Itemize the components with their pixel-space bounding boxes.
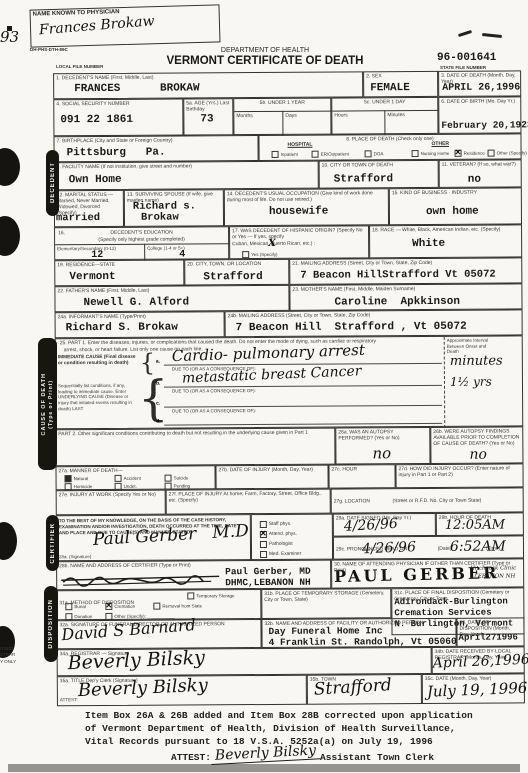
- checkbox-icon: [165, 483, 172, 490]
- field-residence-city: 20. CITY, TOWN, OR LOCATION Strafford: [184, 259, 289, 286]
- field-temporary-storage-place: 31b. PLACE OF TEMPORARY STORAGE (Cemeter…: [261, 588, 391, 619]
- signature-label: 28a. (Signature): [59, 554, 91, 559]
- field-method-of-disposition: 31a. METHOD OF DISPOSITION Temporary Sto…: [56, 589, 261, 620]
- field-label: 6. DATE OF BIRTH (Mo. Day Yr.): [439, 97, 520, 105]
- field-number: 16.: [56, 229, 67, 237]
- field-label: 19. RESIDENCE—STATE: [55, 260, 183, 269]
- field-label: 23. MOTHER'S NAME (First, Middle, Maiden…: [290, 284, 521, 293]
- field-decedent-name: 1. DECEDENT'S NAME (First, Middle, Last)…: [53, 71, 363, 99]
- field-hour-of-injury: 27c. HOUR: [328, 464, 395, 488]
- field-how-injury-occurred: 27d. HOW DID INJURY OCCUR? (Enter nature…: [395, 463, 523, 488]
- field-value: Strafford: [334, 173, 393, 185]
- checkbox-icon: [115, 483, 122, 490]
- field-informant-address: 24b. MAILING ADDRESS (Street, City or To…: [225, 309, 523, 337]
- checkbox-attend-phys: Attend. phys.: [260, 531, 297, 538]
- crossed-out-signature-scribble: [61, 569, 221, 588]
- field-label: 15. KIND OF BUSINESS · INDUSTRY: [390, 188, 521, 197]
- death-certificate-scan: 93 GNED STRAR Y ONLY NAME KNOWN TO PHYSI…: [0, 0, 528, 773]
- checkbox-staff-phys: Staff phys.: [260, 521, 292, 528]
- tab-cause-of-death: CAUSE OF DEATH (Type or Print): [38, 338, 57, 470]
- field-label: 5a. AGE (Yrs.) Last Birthday: [184, 99, 232, 113]
- field-value: White: [412, 238, 445, 250]
- checkbox-doa: DOA: [365, 150, 384, 157]
- field-mother-name: 23. MOTHER'S NAME (First, Middle, Maiden…: [289, 283, 522, 310]
- field-value: FEMALE: [370, 82, 410, 94]
- checkbox-icon: [312, 151, 319, 158]
- field-under-1-year: 5b. UNDER 1 YEAR Months Days: [233, 98, 331, 136]
- checkmark-icon: [455, 150, 462, 157]
- hospital-heading: HOSPITAL: [288, 142, 313, 148]
- field-surviving-spouse: 13. SURVIVING SPOUSE (If wife, give maid…: [124, 189, 224, 227]
- attest-label: ATTEST:: [60, 697, 78, 702]
- field-veteran: 11. VETERAN? (If so, what war?) no: [439, 159, 522, 188]
- line-c-letter: c.: [156, 401, 160, 407]
- interval-b-value: 1½ yrs: [450, 375, 492, 389]
- line-b-letter: b.: [156, 381, 160, 387]
- hours-cell: Hours: [332, 110, 385, 135]
- field-value: Caroline Apkkinson: [334, 296, 459, 309]
- field-label: 21. MAILING ADDRESS (Street, City or Tow…: [290, 258, 521, 267]
- checkbox-icon: [412, 150, 419, 157]
- amendment-attest-label: ATTEST:: [171, 752, 211, 763]
- checkbox-pathologist: Pathologist: [260, 541, 293, 548]
- checkbox-icon: [153, 603, 160, 610]
- field-label: 5b. UNDER 1 YEAR: [234, 99, 330, 108]
- certifier-typed-name: Paul Gerber, MD: [225, 566, 311, 578]
- field-label: 26a. WAS AN AUTOPSY PERFORMED? (Yes or N…: [336, 428, 429, 443]
- field-value: 73: [200, 113, 213, 125]
- field-business-industry: 15. KIND OF BUSINESS · INDUSTRY own home: [389, 187, 522, 225]
- checkbox-cremation: Cremation: [105, 603, 135, 610]
- field-value: married: [56, 212, 100, 224]
- field-value: Strafford: [313, 675, 392, 700]
- field-date-of-injury: 27b. DATE OF INJURY (Month, Day, Year): [215, 465, 328, 490]
- other-heading: OTHER: [432, 141, 450, 147]
- field-label: 20. CITY, TOWN, OR LOCATION: [185, 260, 288, 269]
- checkbox-inpatient: Inpatient: [272, 151, 298, 158]
- tab-decedent: DECEDENT: [46, 150, 59, 216]
- field-funeral-facility: 32b. NAME AND ADDRESS OF FACILITY OR AUT…: [261, 618, 456, 648]
- field-value: April 26,1996: [432, 652, 528, 672]
- attending-note-line2: LEBANON NH: [474, 573, 515, 579]
- registrar-signature: Beverly Bilsky: [67, 647, 205, 675]
- checkmark-icon: [105, 603, 112, 610]
- field-label: 1. DECEDENT'S NAME (First, Middle, Last): [54, 72, 362, 82]
- date-sublabel: (Date): [414, 545, 454, 553]
- checkbox-icon: [65, 603, 72, 610]
- field-race: 18. RACE — White, Black, American Indian…: [369, 224, 522, 258]
- field-label: 14. DECEDENT'S USUAL OCCUPATION (Give ki…: [225, 189, 388, 204]
- field-label: 26b. WERE AUTOPSY FINDINGS AVAILABLE PRI…: [431, 427, 522, 448]
- field-value: 7 Beacon HillStrafford Vt 05072: [300, 269, 495, 282]
- field-date-signed: 29a. DATE SIGNED (Mo. Day Yr.) 4/26/96: [333, 513, 436, 537]
- checkmark-icon: [260, 531, 267, 538]
- interval-a-value: minutes: [450, 354, 503, 369]
- checkbox-yes-specify: Yes (Specify): [242, 251, 277, 258]
- field-place-of-injury: 27f. PLACE OF INJURY At home, Farm, Fact…: [166, 489, 331, 515]
- checkbox-burial: Burial: [65, 603, 86, 610]
- no-x-mark: X: [268, 238, 276, 249]
- months-cell: Months: [234, 111, 283, 136]
- field-value: July 19, 1996: [427, 679, 528, 701]
- field-attest-town: 35b. TOWN Strafford: [307, 674, 422, 705]
- field-injury-at-work: 27e. INJURY AT WORK (Specify Yes or No): [56, 490, 166, 516]
- field-label: 4. SOCIAL SECURITY NUMBER: [54, 99, 182, 108]
- checkbox-icon: [187, 592, 194, 599]
- field-value: Strafford: [203, 271, 262, 283]
- field-label: 5c. UNDER 1 DAY: [332, 98, 437, 107]
- field-sublabel: (Street or R.F.D. No. City or Town State…: [376, 497, 483, 506]
- checkbox-icon: [242, 251, 249, 258]
- field-injury-location: 27g. LOCATION (Street or R.F.D. No. City…: [331, 487, 524, 513]
- certifier-typed-address: DHMC,LEBANON NH: [225, 577, 311, 589]
- tab-certifier: CERTIFIER: [46, 515, 59, 571]
- field-value: April271996: [459, 632, 518, 642]
- field-mailing-address: 21. MAILING ADDRESS (Street, City or Tow…: [289, 257, 522, 284]
- field-residence-state: 19. RESIDENCE—STATE Vermont: [54, 259, 184, 286]
- field-label: 17. WAS DECEDENT OF HISPANIC ORIGIN? (Sp…: [230, 226, 368, 241]
- field-label: PART 2. Other significant conditions con…: [56, 429, 334, 439]
- field-father-name: 22. FATHER'S NAME (First, Middle, Last) …: [54, 285, 289, 312]
- field-value: Cremation Services: [394, 608, 491, 619]
- field-certifier-name-address: 28b. NAME AND ADDRESS OF CERTIFIER (Type…: [56, 560, 331, 591]
- field-value: Own Home: [69, 174, 122, 186]
- field-occupation: 14. DECEDENT'S USUAL OCCUPATION (Give ki…: [224, 188, 389, 226]
- checkbox-residence: Residence: [455, 150, 485, 157]
- checkbox-temporary-storage: Temporary Storage: [187, 592, 234, 599]
- field-autopsy-findings: 26b. WERE AUTOPSY FINDINGS AVAILABLE PRI…: [430, 426, 523, 464]
- field-value: 7 Beacon Hill Strafford , Vt 05072: [236, 321, 467, 334]
- checkbox-removal-from-state: Removal from State: [153, 602, 202, 609]
- field-value: 4/26/96: [343, 516, 398, 535]
- field-label: 22. FATHER'S NAME (First, Middle, Last): [55, 286, 288, 295]
- field-pronounced-dead: 29c. PRONOUNCED DEAD ON (Date) (Time) 4/…: [333, 535, 524, 559]
- field-value: no: [372, 444, 391, 462]
- interval-label: Approximate Interval Between Onset and D…: [447, 337, 522, 354]
- field-value: 091 22 1861: [60, 114, 133, 126]
- field-city-of-death: 10. CITY OR TOWN OF DEATH Strafford: [319, 160, 439, 189]
- amendment-attest-row: ATTEST: Beverly Bilsky Assistant Town Cl…: [171, 748, 473, 765]
- field-date-of-death: 3. DATE OF DEATH (Month, Day, Year) APRI…: [438, 70, 521, 97]
- field-label: 18. RACE — White, Black, American Indian…: [370, 225, 521, 234]
- field-sex: 2. SEX FEMALE: [363, 71, 438, 97]
- field-attest-title: 35a. TITLE Dep'y Clerk (Signature) ATTES…: [57, 675, 307, 707]
- field-value: no: [469, 447, 487, 463]
- field-value: Brokaw: [141, 212, 179, 224]
- field-label: 31b. PLACE OF TEMPORARY STORAGE (Cemeter…: [262, 589, 390, 604]
- line-a-letter: a.: [156, 359, 160, 365]
- form-grid: 1. DECEDENT'S NAME (First, Middle, Last)…: [0, 0, 528, 773]
- field-date-of-birth: 6. DATE OF BIRTH (Mo. Day Yr.) February …: [438, 96, 521, 134]
- field-education: 16. DECEDENT'S EDUCATION (Specify only h…: [54, 226, 229, 260]
- field-ssn: 4. SOCIAL SECURITY NUMBER 091 22 1861: [53, 98, 183, 136]
- checkbox-other-specify: Other (Specify): [488, 149, 527, 156]
- field-marital-status: 12. MARITAL STATUS — Married, Never Marr…: [54, 190, 124, 227]
- field-informant-name: 24a. INFORMANT'S NAME (Type/Print) Richa…: [55, 311, 225, 338]
- line-d-rule: [164, 423, 442, 426]
- section-cause-of-death: 25. PART 1. Enter the diseases, injuries…: [55, 335, 524, 429]
- field-date-received: 34b. DATE RECEIVED BY LOCAL REGISTRAR (M…: [432, 646, 525, 674]
- field-label: 27c. HOUR: [329, 465, 394, 473]
- checkbox-natural: Natural: [65, 475, 89, 482]
- field-label: 2. SEX: [364, 72, 437, 80]
- checkbox-icon: [105, 613, 112, 620]
- field-part2: PART 2. Other significant conditions con…: [55, 428, 335, 467]
- funeral-director-signature: David S Barnard: [61, 615, 197, 644]
- field-label: 27e. INJURY AT WORK (Specify Yes or No): [57, 491, 165, 500]
- checkbox-icon: [260, 551, 267, 558]
- field-value: Newell G. Alford: [83, 296, 189, 309]
- line-d-letter: d.: [156, 419, 160, 425]
- minutes-cell: Minutes: [385, 110, 438, 135]
- field-registrar-signature: 34a. REGISTRAR — Signature Beverly Bilsk…: [57, 647, 432, 676]
- checkbox-icon: [365, 150, 372, 157]
- elementary-cell: Elementary/Secondary (0-12) 12: [55, 244, 145, 262]
- certifier-statement-box: TO THE BEST OF MY KNOWLEDGE, ON THE BASI…: [56, 514, 251, 561]
- field-value: Pittsburg Pa.: [67, 147, 166, 160]
- field-birthplace: 7. BIRTHPLACE (City and State or Foreign…: [53, 135, 258, 162]
- pronounced-date: 4/26/96: [362, 539, 417, 557]
- checkbox-icon: [260, 541, 267, 548]
- field-label: 24a. INFORMANT'S NAME (Type/Print): [56, 312, 224, 321]
- field-value: 12:05AM: [445, 518, 505, 533]
- attest-signature: Beverly Bilsky: [77, 675, 208, 701]
- field-value: Richard S. Brokaw: [66, 322, 178, 335]
- field-attest-date: 35c. DATE (Month, Day, Year) July 19, 19…: [422, 673, 525, 704]
- field-age: 5a. AGE (Yrs.) Last Birthday 73: [183, 98, 233, 135]
- brace-bcd: {: [138, 371, 169, 427]
- field-value: housewife: [269, 206, 328, 218]
- checkmark-icon: [65, 475, 72, 482]
- field-hour-of-death: 29b. HOUR OF DEATH 12:05AM: [436, 512, 524, 536]
- due-to-b: DUE TO (OR AS A CONSEQUENCE OF):: [172, 388, 256, 394]
- due-to-c: DUE TO (OR AS A CONSEQUENCE OF):: [172, 408, 256, 414]
- tab-disposition: DISPOSITION: [44, 586, 58, 662]
- amendment-line1: Item Box 26A & 26B added and Item Box 28…: [85, 710, 473, 721]
- field-value: Adirondack-Burlington: [394, 597, 507, 608]
- amendment-line2: of Vermont Department of Health, Divisio…: [85, 723, 473, 734]
- field-label: 33. DATE OF DISPOSITION (Month,: [457, 618, 523, 631]
- checkbox-icon: [260, 521, 267, 528]
- field-label: 7. BIRTHPLACE (City and State or Foreign…: [54, 136, 257, 145]
- attending-note-line1: Hitchcock Clinic: [470, 565, 516, 571]
- field-attending-physician: 30. NAME OF ATTENDING PHYSICIAN IF OTHER…: [331, 558, 524, 588]
- field-value: February 20,1923: [441, 119, 528, 131]
- checkbox-icon: [165, 475, 172, 482]
- field-value: own home: [426, 206, 479, 218]
- checkbox-icon: [115, 475, 122, 482]
- amendment-note: Item Box 26A & 26B added and Item Box 28…: [85, 710, 473, 765]
- field-label: 24b. MAILING ADDRESS (Street, City or To…: [226, 310, 522, 320]
- field-label: 27b. DATE OF INJURY (Month, Day, Year): [216, 466, 327, 475]
- field-label: 11. VETERAN? (If so, what war?): [440, 160, 521, 168]
- checkbox-icon: [488, 150, 495, 157]
- amendment-attest-role: Assistant Town Clerk: [320, 752, 434, 763]
- sequential-label: Sequentially list conditions, if any, le…: [58, 383, 136, 412]
- checkbox-suicide: Suicide: [165, 474, 189, 481]
- immediate-cause-label: IMMEDIATE CAUSE (Final disease or condit…: [58, 355, 138, 367]
- checkbox-med-examiner: Med. Examiner: [260, 551, 301, 558]
- field-label: 27d. HOW DID INJURY OCCUR? (Enter nature…: [396, 464, 522, 479]
- days-cell: Days: [283, 111, 331, 136]
- field-facility-name: 9. FACILITY NAME (If not institution, gi…: [54, 161, 319, 191]
- field-autopsy-performed: 26a. WAS AN AUTOPSY PERFORMED? (Yes or N…: [335, 427, 430, 465]
- field-value: FRANCES BROKAW: [74, 82, 199, 95]
- field-manner-of-death: 27a. MANNER OF DEATH— Natural Accident S…: [55, 465, 215, 490]
- field-label: 10. CITY OR TOWN OF DEATH: [320, 161, 438, 170]
- field-hispanic-origin: 17. WAS DECEDENT OF HISPANIC ORIGIN? (Sp…: [229, 225, 369, 259]
- field-value: Day Funeral Home Inc: [268, 625, 382, 637]
- field-under-1-day: 5c. UNDER 1 DAY Hours Minutes: [331, 97, 438, 135]
- field-funeral-director-signature: 32a. SIGNATURE OF FUNERAL DIRECTOR OR AU…: [56, 619, 261, 649]
- field-value: no: [468, 174, 481, 186]
- field-label2: Cuban, Mexican, Puerto Rican, etc.) :: [230, 240, 368, 248]
- field-label: 27f. PLACE OF INJURY At home, Farm, Fact…: [167, 490, 330, 505]
- checkbox-accident: Accident: [115, 475, 141, 482]
- field-value: Vermont: [69, 271, 115, 283]
- line-c-rule: [164, 405, 442, 408]
- checkbox-er-outpatient: ER/Outpatient: [312, 150, 349, 157]
- field-label: 27g. LOCATION: [332, 497, 372, 505]
- checkbox-icon: [65, 613, 72, 620]
- pronounced-time: 6:52AM: [450, 539, 506, 555]
- field-place-of-death: 8. PLACE OF DEATH (Check only one) HOSPI…: [258, 133, 521, 161]
- checkbox-icon: [272, 151, 279, 158]
- field-date-of-disposition: 33. DATE OF DISPOSITION (Month, Day, Yea…: [456, 617, 524, 646]
- field-label: 9. FACILITY NAME (If not institution, gi…: [55, 162, 318, 172]
- college-cell: College (1-4 or 5+) 4: [145, 243, 229, 261]
- checkbox-icon: [65, 483, 72, 490]
- field-value: APRIL 26,1996: [442, 82, 520, 93]
- checkbox-nursing-home: Nursing Home: [412, 150, 450, 157]
- certifier-type-box: Staff phys. Attend. phys. Pathologist Me…: [251, 514, 333, 561]
